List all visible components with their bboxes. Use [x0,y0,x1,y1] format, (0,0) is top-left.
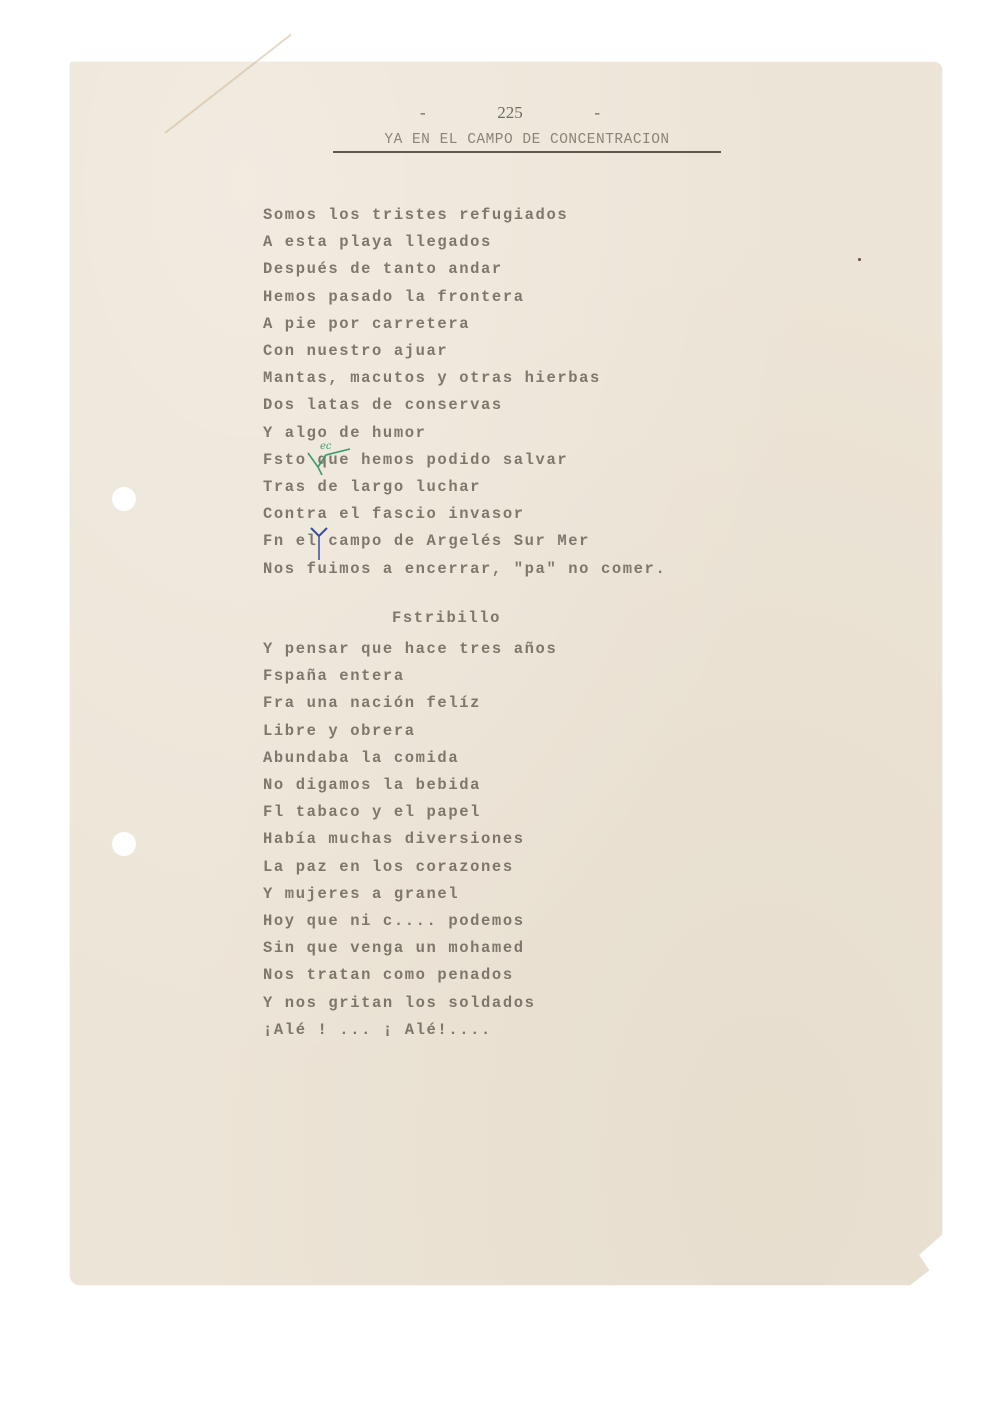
verse-line: La paz en los corazones [263,854,557,881]
verse-line: Fl tabaco y el papel [263,799,557,826]
document-title: YA EN EL CAMPO DE CONCENTRACION [333,130,721,153]
verse-line: Y nos gritan los soldados [263,990,557,1017]
verse-refrain: Y pensar que hace tres añosFspaña entera… [263,636,557,1044]
dash-left: - [420,103,426,123]
verse-line: Contra el fascio invasor [263,501,666,528]
page-number-line: - 225 - [420,103,600,123]
verse-line: Fspaña entera [263,663,557,690]
verse-line: Y mujeres a granel [263,881,557,908]
refrain-heading: Fstribillo [392,609,501,627]
verse-line: Nos tratan como penados [263,962,557,989]
verse-line: Abundaba la comida [263,745,557,772]
verse-line: Sin que venga un mohamed [263,935,557,962]
verse-line: Después de tanto andar [263,256,666,283]
verse-line: Mantas, macutos y otras hierbas [263,365,666,392]
verse-line: Con nuestro ajuar [263,338,666,365]
svg-text:ec: ec [320,441,332,452]
verse-line: Y pensar que hace tres años [263,636,557,663]
punch-hole-bottom [112,832,136,856]
verse-line: Hemos pasado la frontera [263,284,666,311]
verse-line: Había muchas diversiones [263,826,557,853]
dash-right: - [594,103,600,123]
verse-line: Somos los tristes refugiados [263,202,666,229]
verse-line: Fra una nación felíz [263,690,557,717]
verse-line: Hoy que ni c.... podemos [263,908,557,935]
verse-line: A pie por carretera [263,311,666,338]
page-number: 225 [497,103,523,123]
ink-speck [858,258,861,261]
paper-crease [164,34,291,134]
verse-line: No digamos la bebida [263,772,557,799]
verse-line: Libre y obrera [263,718,557,745]
verse-line: A esta playa llegados [263,229,666,256]
handwritten-insertion-mark-green: ec [306,439,354,479]
verse-line: Dos latas de conservas [263,392,666,419]
punch-hole-top [112,487,136,511]
verse-line: ¡Alé ! ... ¡ Alé!.... [263,1017,557,1044]
handwritten-insertion-mark-blue [309,526,329,562]
